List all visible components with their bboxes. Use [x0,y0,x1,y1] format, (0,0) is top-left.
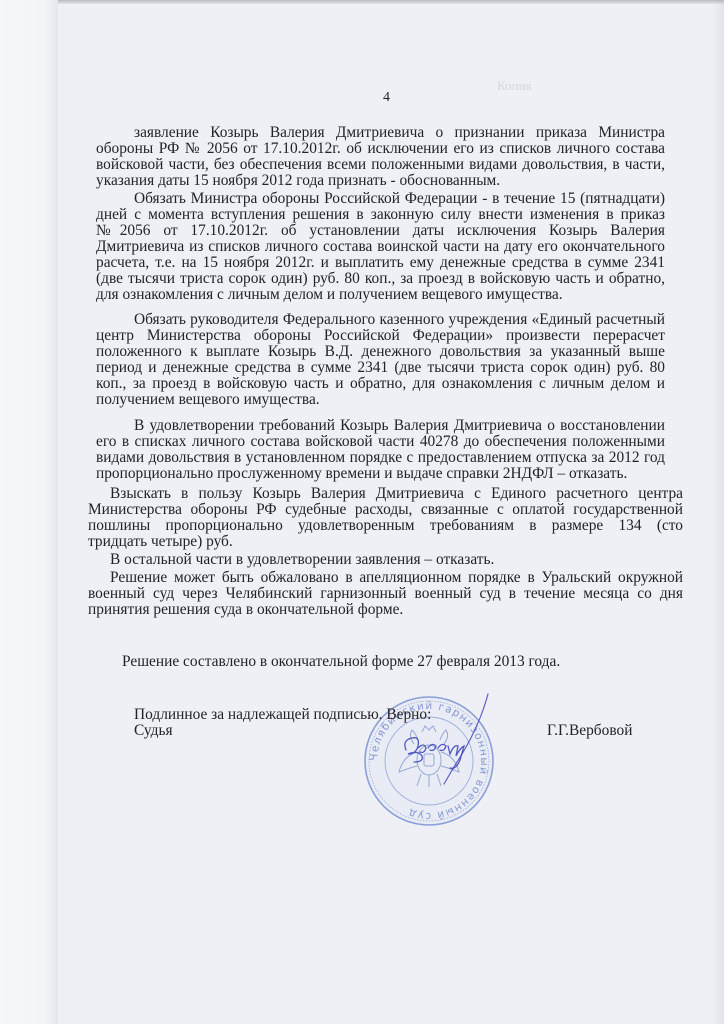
text-line: центр Министерства обороны Российской Фе… [96,328,665,344]
judge-title: Судья [134,723,173,739]
text-line: дней с момента вступления решения в зако… [96,207,665,223]
bleed-through-text: Копия [497,78,531,94]
text-line: для ознакомления с личным делом и получе… [96,287,665,303]
text-line: коп., за проезд в войсковую часть и обра… [96,376,665,392]
text-line: принятия решения суда в окончательной фо… [88,602,683,618]
page-number: 4 [383,90,390,106]
text-line: указания даты 15 ноября 2012 года призна… [96,173,665,189]
judge-name: Г.Г.Вербовой [547,723,632,739]
text-line: Решение составлено в окончательной форме… [122,654,682,670]
scan-right-shadow [712,0,724,1024]
handwritten-signature [388,690,498,800]
text-line: Обязать Министра обороны Российской Феде… [134,191,665,207]
text-line: В остальной части в удовлетворении заявл… [110,552,683,568]
page-top-edge [0,0,724,4]
text-line: положенного к выплате Козырь В.Д. денежн… [96,344,665,360]
text-line: период и денежные средства в сумме 2341 … [96,360,665,376]
text-line: Обязать руководителя Федерального казенн… [134,312,665,328]
text-line: пошлины пропорционально удовлетворенным … [88,518,683,534]
text-line: Решение может быть обжаловано в апелляци… [110,570,683,586]
text-line: заявление Козырь Валерия Дмитриевича о п… [134,125,665,141]
text-line: Министерства обороны РФ судебные расходы… [88,502,683,518]
text-line: его в списках личного состава войсковой … [96,434,665,450]
text-line: расчета, т.е. на 15 ноября 2012г. и выпл… [96,255,665,271]
text-line: обороны РФ № 2056 от 17.10.2012г. об иск… [96,141,665,157]
certification-text: Подлинное за надлежащей подписью. Верно: [134,707,431,723]
text-line: Дмитриевича из списков личного состава в… [96,239,665,255]
text-line: (две тысячи триста сорок один) руб. 80 к… [96,271,665,287]
text-line: видами довольствия в установленном поряд… [96,450,665,466]
text-line: получением вещевого имущества. [96,392,665,408]
text-line: военный суд через Челябинский гарнизонны… [88,586,683,602]
text-line: Взыскать в пользу Козырь Валерия Дмитрие… [110,486,683,502]
scan-left-margin [0,0,58,1024]
text-line: пропорционально прослуженному времени и … [96,466,665,482]
text-line: тридцать четыре) руб. [88,534,683,550]
text-line: В удовлетворении требований Козырь Валер… [134,418,665,434]
text-line: войсковой части, без обеспечения всеми п… [96,157,665,173]
text-line: №2056 от 17.10.2012г. об установлении да… [96,223,665,239]
